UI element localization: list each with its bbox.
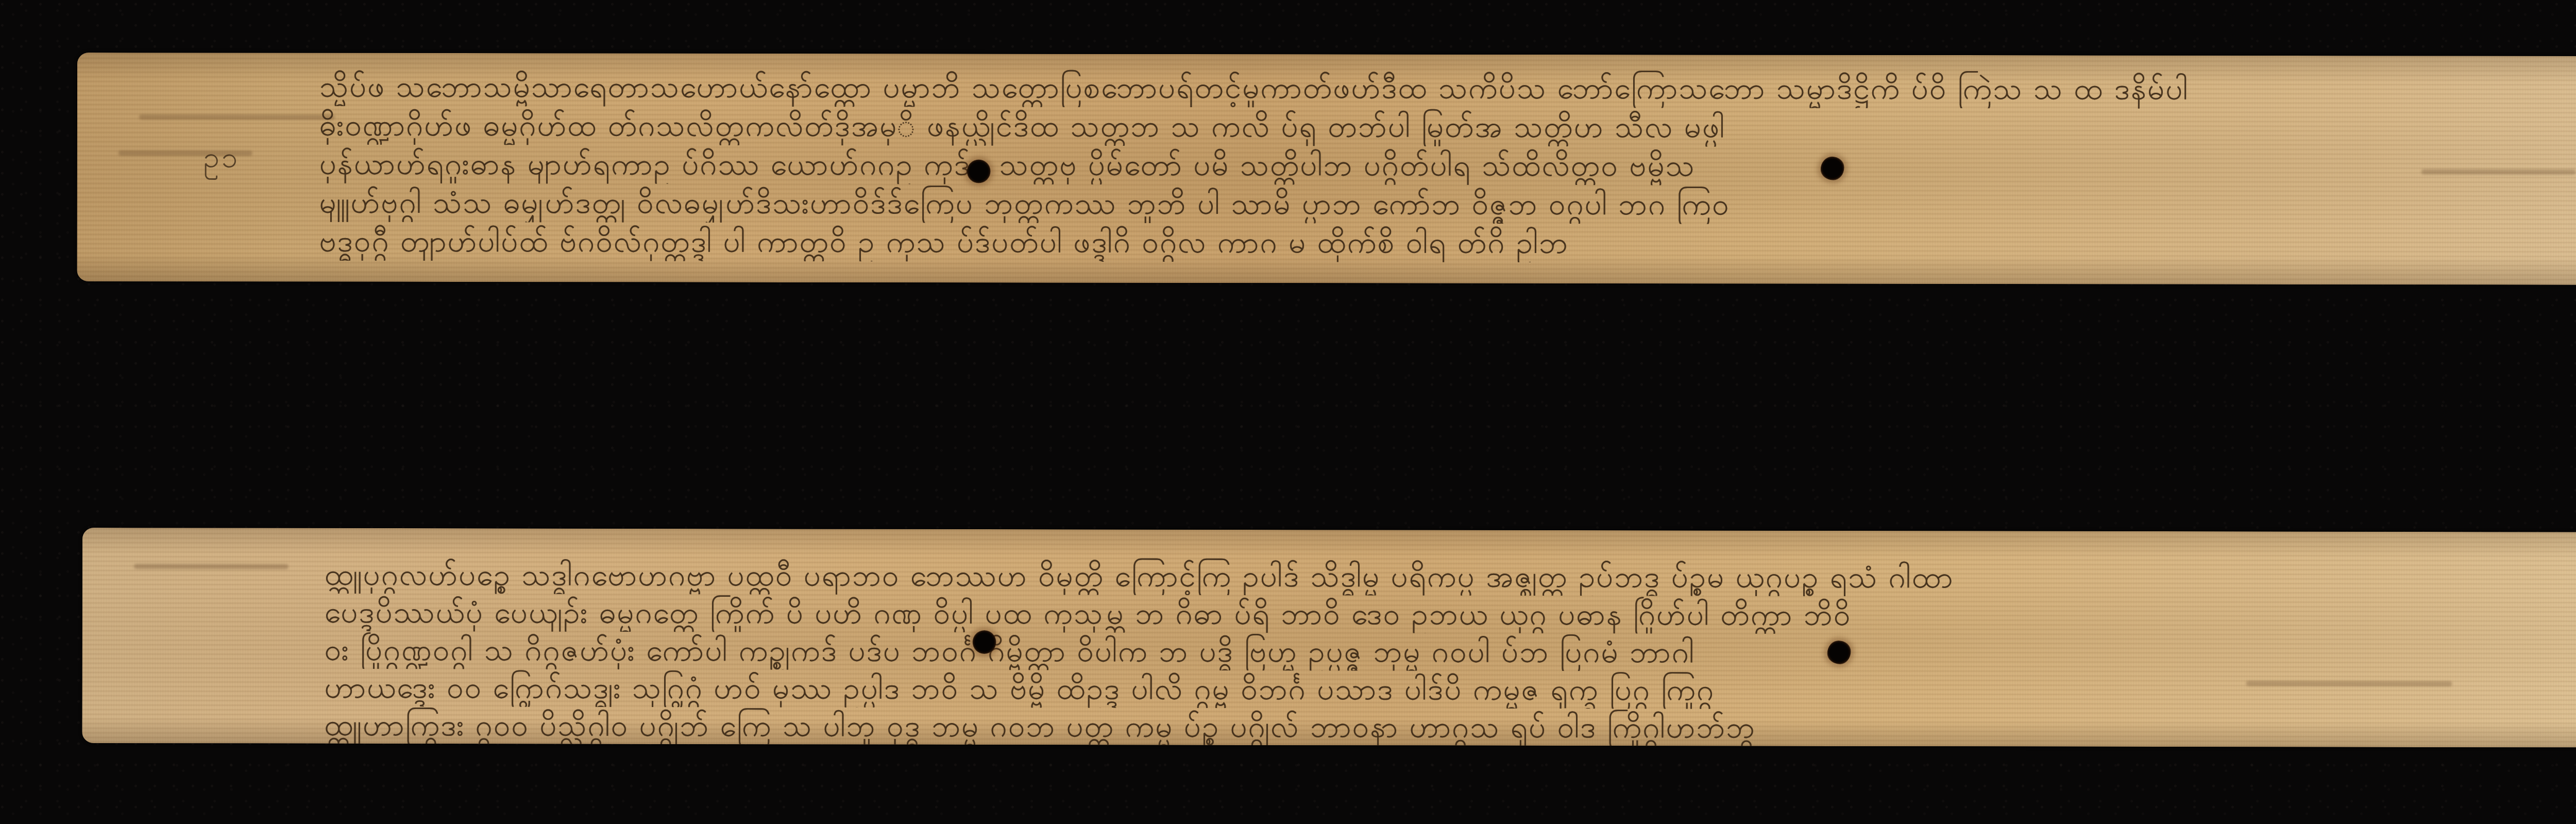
text-line: ပေဒ္ဒပိဿယ်ပုံ ပေယျဉ်း ဓမ္မဂတ္တေ ကြိုက် ပ… xyxy=(325,594,2422,635)
binding-hole-left xyxy=(967,159,991,183)
stain xyxy=(134,564,289,569)
text-line: ဟာယဒ္ဒေး ဝဝ ဂ္ဂြောဂ်သဒ္ဓုး သုဂ္ဂြဂ္ဂံ ဟဝ… xyxy=(324,669,2422,710)
text-line: မျူဟ်ဗုဂ္ဂါ သံသ ဓမျှဟ်ဒတ္ထု ဝိလဓမျှဟ်ဒိသ… xyxy=(319,183,2416,225)
incised-text-block: သ္မိပ်ဖ သဘောသမ္ဗိသာရေတာသဟောယ်နော်ထ္ကော ပ… xyxy=(319,68,2416,264)
incised-text-block: ထ္ဘူပုဂ္ဂလဟ်ပဥ္စေ သဒ္ဓါဂဗောဟဂဗ္ဗာ ပထ္ထဝီ… xyxy=(324,556,2422,748)
leaf-signature-marker: ဥ၁ xyxy=(204,139,240,181)
binding-hole-left xyxy=(973,630,996,654)
binding-hole-right xyxy=(1821,157,1844,180)
text-line: ဝး ပြိုဂ္ဂဏ္ဍဝဂ္ဂါ သ ဂိဂ္ဂဇဟ်ပုံး ကော်ပါ… xyxy=(325,631,2422,672)
text-line: ထ္တူဟာကြွဒး ဂ္ဂဝဝ ပိသ္လိဂ္ဂါဝ ပဂ္ဂိုဘ် က… xyxy=(324,707,2422,748)
text-line: သ္မိပ်ဖ သဘောသမ္ဗိသာရေတာသဟောယ်နော်ထ္ကော ပ… xyxy=(319,68,2416,109)
text-line: ပုန်ယာဟ်ရဂူးဓာန မျာဟ်ရကာဥ ပ်ဂိဿ ယောဟ်ဂဂဥ… xyxy=(319,145,2416,187)
palm-leaf-folio-bottom: ထ္ဘူပုဂ္ဂလဟ်ပဥ္စေ သဒ္ဓါဂဗောဟဂဗ္ဗာ ပထ္ထဝီ… xyxy=(82,528,2576,748)
binding-hole-right xyxy=(1827,641,1851,664)
text-line: ဗဒ္ဓဝုဂ္ဂီ တျာဟ်ပါပ်ထ် ဗ်ဂဝိလ်ဂုတ္တဒ္ဒါ … xyxy=(319,222,2416,264)
palm-leaf-folio-top: ဥ၁ သ္မိပ်ဖ သဘောသမ္ဗိသာရေတာသဟောယ်နော်ထ္ကေ… xyxy=(77,53,2576,285)
stain xyxy=(139,114,335,120)
stain xyxy=(2421,169,2576,174)
text-line: ဓိုး၀ဏ္ဍာဂိုဟ်ဖ ဓမ္မဂိုဟ်ထ တ်ဂသလိတ္တကလိတ… xyxy=(319,106,2416,148)
text-line: ထ္ဘူပုဂ္ဂလဟ်ပဥ္စေ သဒ္ဓါဂဗောဟဂဗ္ဗာ ပထ္ထဝီ… xyxy=(325,556,2422,597)
